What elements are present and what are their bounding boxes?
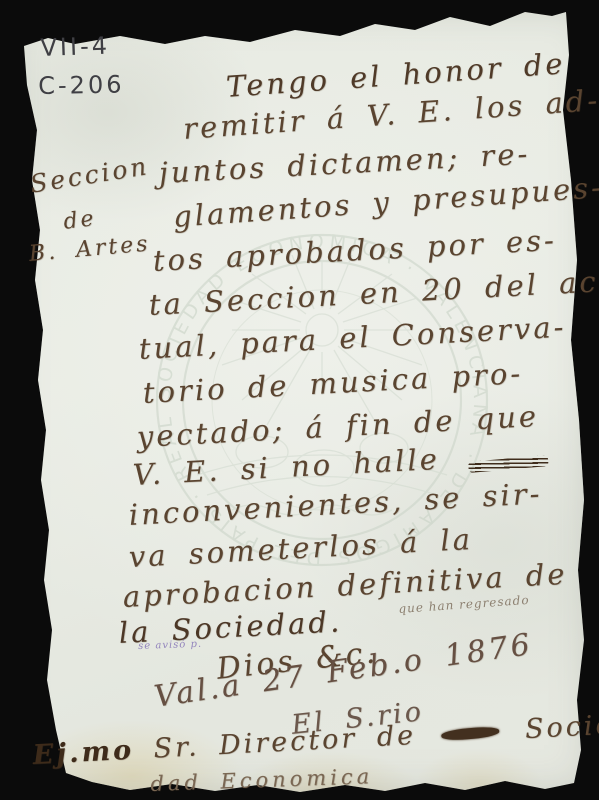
margin-note-de: de [62,206,98,235]
archive-code-2: C-206 [38,70,125,100]
closing-socie: Socie- [524,709,599,745]
scanned-document: SOCIEDAD ECONOMICA · VALENCIANA · DE AMI… [0,0,599,800]
ink-blot-strikeout [441,726,500,742]
purple-pencil-annotation: se avisó p. [138,639,202,652]
archive-code-1: VII-4 [40,32,110,62]
closing-ejmo: Ej.mo [32,735,135,771]
